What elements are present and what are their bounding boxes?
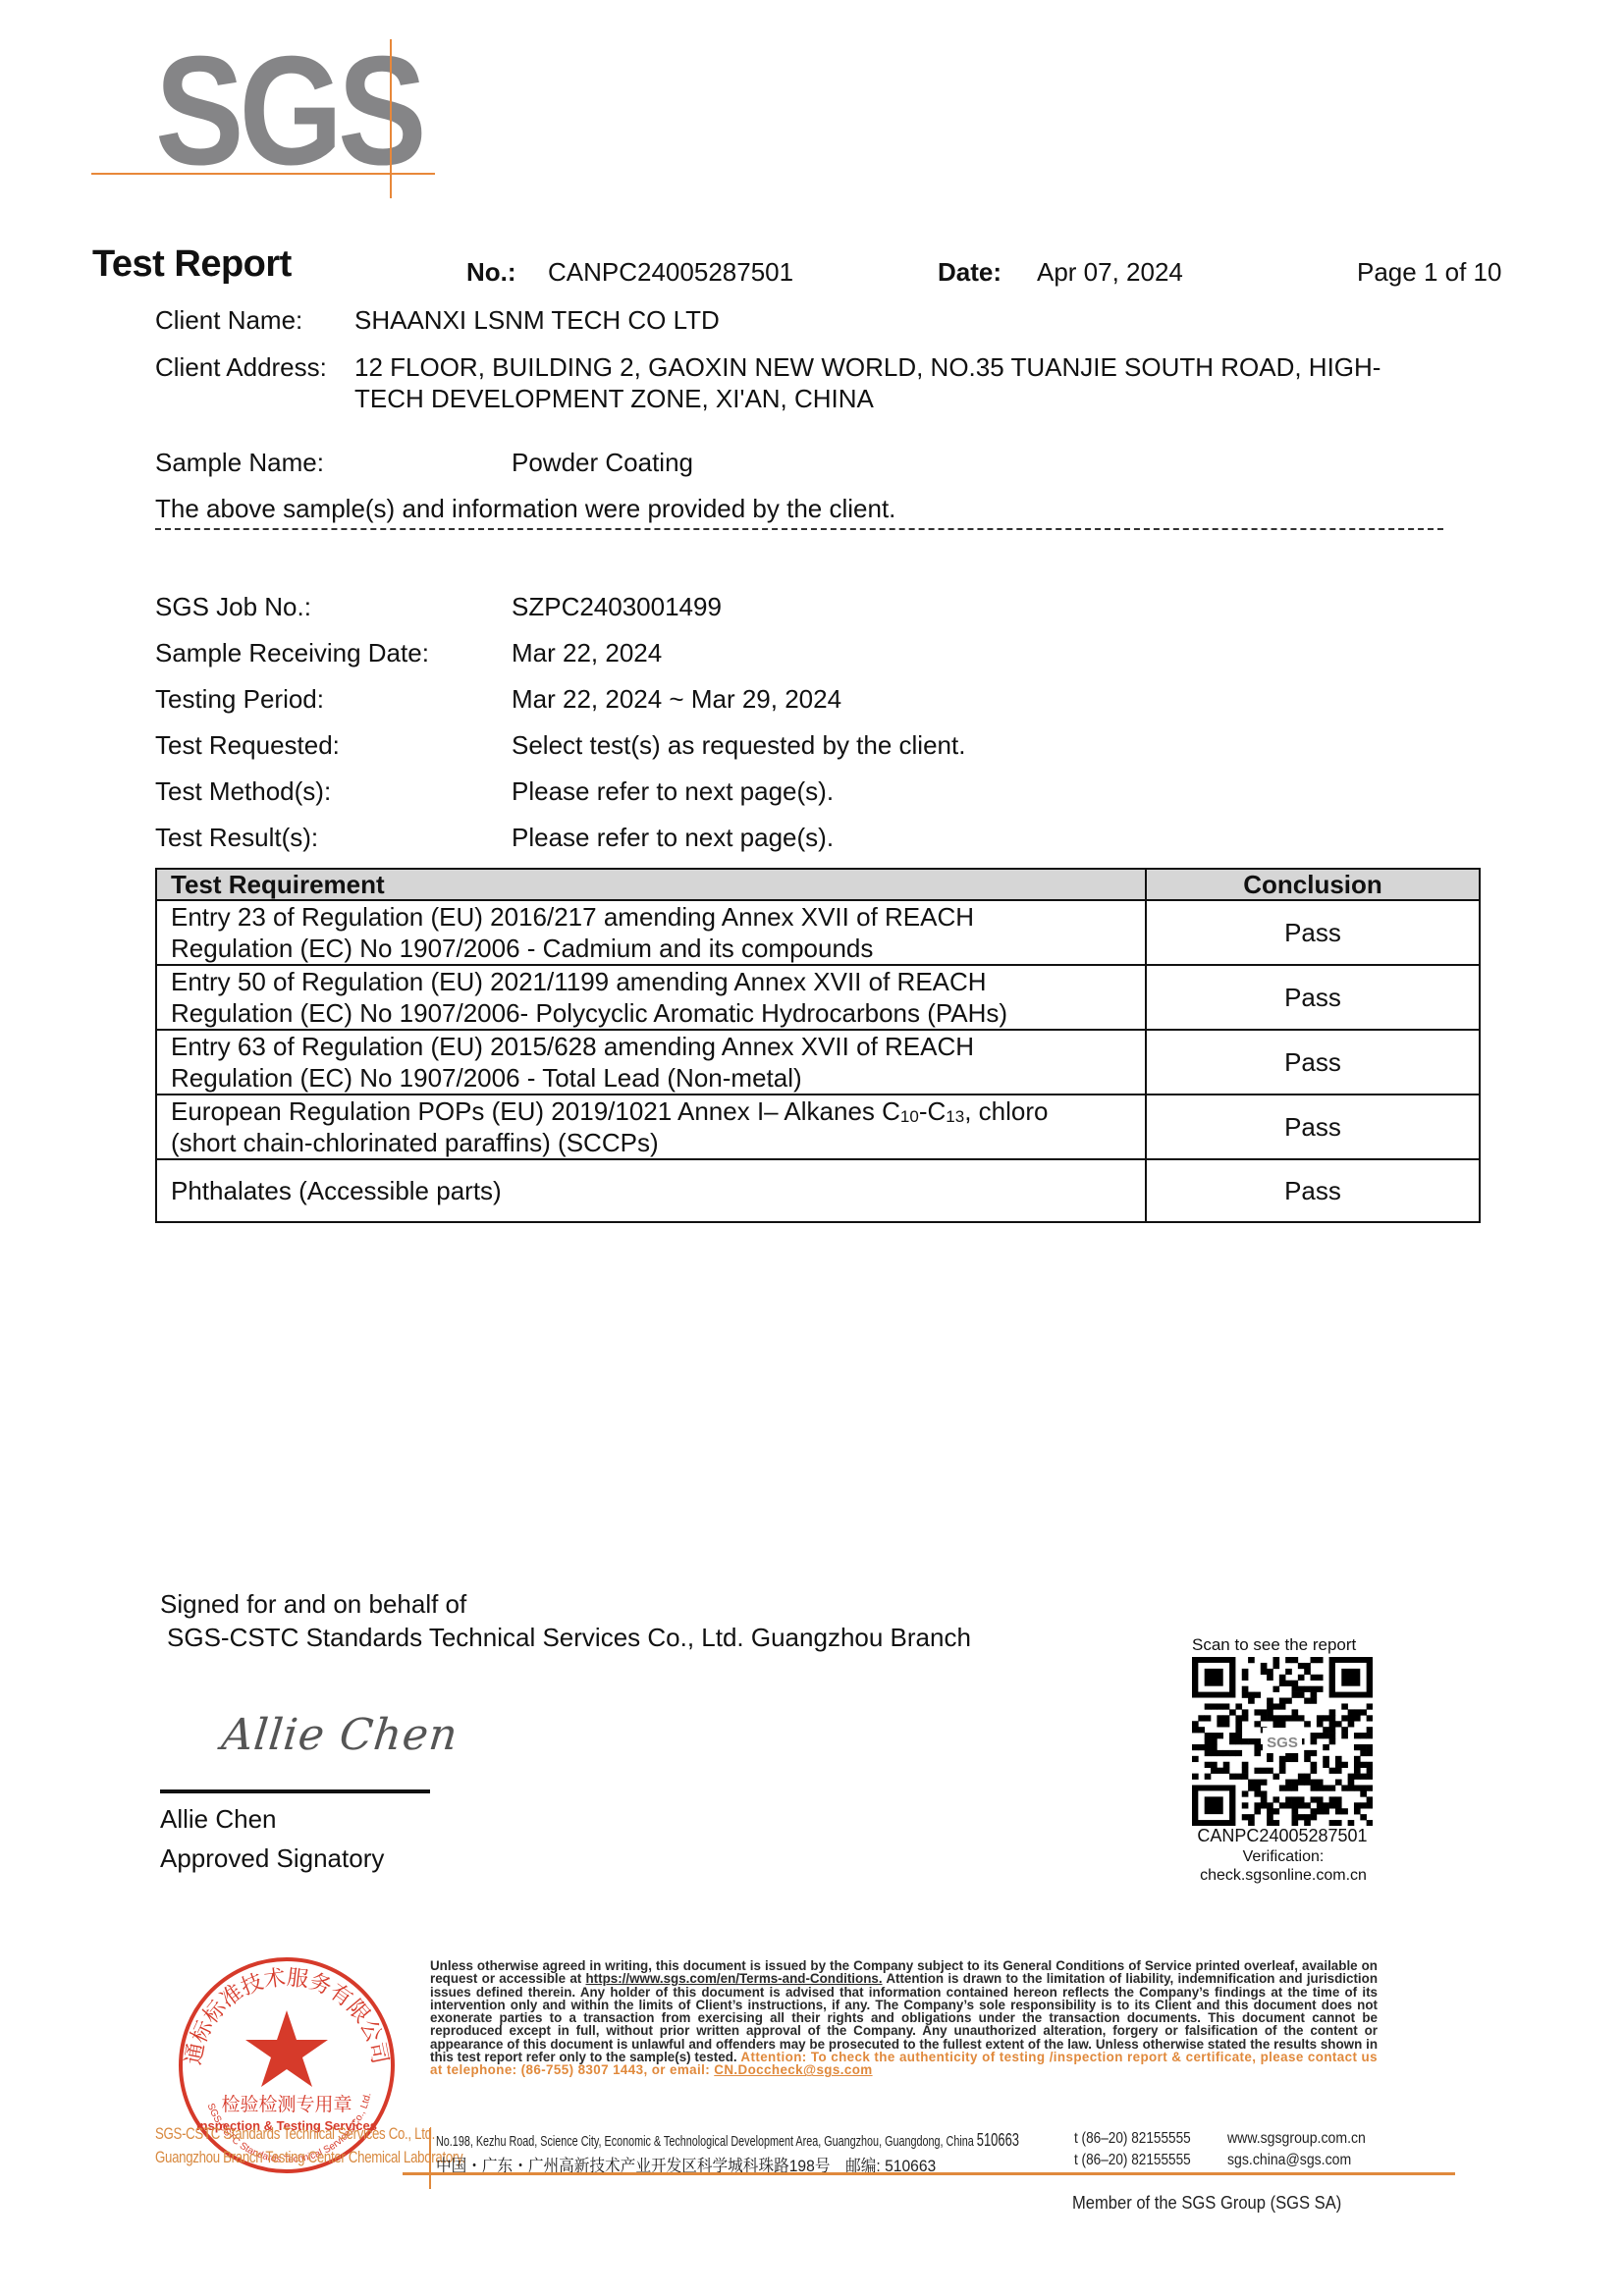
requirement-line: Regulation (EC) No 1907/2006 - Total Lea… bbox=[171, 1062, 1131, 1094]
client-name-label: Client Name: bbox=[155, 304, 302, 336]
test-results-label: Test Result(s): bbox=[155, 822, 318, 853]
requirement-text: -C bbox=[919, 1096, 946, 1126]
logo-vertical-rule bbox=[390, 39, 392, 198]
job-no-label: SGS Job No.: bbox=[155, 591, 311, 622]
results-table: Test Requirement Conclusion Entry 23 of … bbox=[155, 868, 1481, 1223]
signature-line bbox=[160, 1789, 430, 1793]
signed-behalf-line1: Signed for and on behalf of bbox=[160, 1588, 466, 1620]
footer-website-link[interactable]: www.sgsgroup.com.cn bbox=[1227, 2130, 1366, 2148]
report-number: CANPC24005287501 bbox=[548, 257, 793, 288]
qr-code-icon[interactable]: SGS bbox=[1192, 1657, 1373, 1826]
postcode: 510663 bbox=[977, 2130, 1019, 2150]
test-methods: Please refer to next page(s). bbox=[512, 775, 834, 807]
requirement-line: Entry 23 of Regulation (EU) 2016/217 ame… bbox=[171, 901, 1131, 933]
requirement-line: Entry 63 of Regulation (EU) 2015/628 ame… bbox=[171, 1031, 1131, 1062]
qr-verification: Verification: check.sgsonline.com.cn bbox=[1178, 1847, 1388, 1885]
svg-text:SGS: SGS bbox=[1267, 1735, 1298, 1751]
client-address-label: Client Address: bbox=[155, 351, 327, 383]
dashed-divider bbox=[155, 528, 1443, 530]
address-text: No.198, Kezhu Road, Science City, Econom… bbox=[436, 2133, 974, 2150]
conclusion-cell: Pass bbox=[1146, 1030, 1480, 1095]
report-date-label: Date: bbox=[938, 257, 1001, 288]
footer-phone-1: t (86–20) 82155555 bbox=[1074, 2130, 1191, 2148]
sample-name: Powder Coating bbox=[512, 447, 693, 478]
job-no: SZPC2403001499 bbox=[512, 591, 722, 622]
footer-horizontal-rule bbox=[403, 2172, 1455, 2175]
table-header-row: Test Requirement Conclusion bbox=[156, 869, 1480, 900]
footer-vertical-rule bbox=[429, 2128, 431, 2189]
table-row: Entry 63 of Regulation (EU) 2015/628 ame… bbox=[156, 1030, 1480, 1095]
requirement-cell: Entry 23 of Regulation (EU) 2016/217 ame… bbox=[156, 900, 1146, 965]
footer-address-en: No.198, Kezhu Road, Science City, Econom… bbox=[436, 2130, 1019, 2151]
table-row: Entry 50 of Regulation (EU) 2021/1199 am… bbox=[156, 965, 1480, 1030]
requirement-line: Regulation (EC) No 1907/2006 - Cadmium a… bbox=[171, 933, 1131, 964]
signatory-name: Allie Chen bbox=[160, 1803, 277, 1835]
table-row: Phthalates (Accessible parts) Pass bbox=[156, 1159, 1480, 1222]
requirement-line: (short chain-chlorinated paraffins) (SCC… bbox=[171, 1127, 1131, 1158]
stamp-caption-line2: Guangzhou Branch Testing Center Chemical… bbox=[155, 2148, 465, 2167]
requirement-line: Regulation (EC) No 1907/2006- Polycyclic… bbox=[171, 997, 1131, 1029]
footer-email-link[interactable]: sgs.china@sgs.com bbox=[1227, 2152, 1351, 2169]
receiving-date: Mar 22, 2024 bbox=[512, 637, 662, 668]
logo-horizontal-rule bbox=[91, 173, 435, 175]
requirement-text: European Regulation POPs (EU) 2019/1021 … bbox=[171, 1096, 900, 1126]
requirement-cell: Entry 63 of Regulation (EU) 2015/628 ame… bbox=[156, 1030, 1146, 1095]
test-requested-label: Test Requested: bbox=[155, 729, 340, 761]
sgs-group-membership: Member of the SGS Group (SGS SA) bbox=[1072, 2193, 1341, 2214]
conclusion-cell: Pass bbox=[1146, 965, 1480, 1030]
signatory-title: Approved Signatory bbox=[160, 1842, 384, 1874]
qr-report-number: CANPC24005287501 bbox=[1192, 1826, 1373, 1846]
legal-disclaimer: Unless otherwise agreed in writing, this… bbox=[430, 1959, 1378, 2077]
column-header-requirement: Test Requirement bbox=[156, 869, 1146, 900]
testing-period-label: Testing Period: bbox=[155, 683, 324, 715]
conclusion-cell: Pass bbox=[1146, 900, 1480, 965]
client-address-line2: TECH DEVELOPMENT ZONE, XI'AN, CHINA bbox=[354, 383, 874, 414]
sample-note: The above sample(s) and information were… bbox=[155, 493, 895, 524]
column-header-conclusion: Conclusion bbox=[1146, 869, 1480, 900]
table-row: Entry 23 of Regulation (EU) 2016/217 ame… bbox=[156, 900, 1480, 965]
svg-text:检验检测专用章: 检验检测专用章 bbox=[221, 2094, 352, 2115]
conclusion-cell: Pass bbox=[1146, 1095, 1480, 1159]
table-row: European Regulation POPs (EU) 2019/1021 … bbox=[156, 1095, 1480, 1159]
sample-name-label: Sample Name: bbox=[155, 447, 324, 478]
conclusion-cell: Pass bbox=[1146, 1159, 1480, 1222]
requirement-line: European Regulation POPs (EU) 2019/1021 … bbox=[171, 1095, 1131, 1127]
requirement-text: , chloro bbox=[964, 1096, 1048, 1126]
test-results: Please refer to next page(s). bbox=[512, 822, 834, 853]
subscript: 10 bbox=[900, 1107, 919, 1126]
subscript: 13 bbox=[946, 1107, 964, 1126]
testing-period: Mar 22, 2024 ~ Mar 29, 2024 bbox=[512, 683, 841, 715]
doccheck-email-link[interactable]: CN.Doccheck@sgs.com bbox=[714, 2062, 872, 2077]
client-address-line1: 12 FLOOR, BUILDING 2, GAOXIN NEW WORLD, … bbox=[354, 351, 1380, 383]
verification-label: Verification: bbox=[1178, 1847, 1388, 1866]
requirement-cell: Phthalates (Accessible parts) bbox=[156, 1159, 1146, 1222]
test-requested: Select test(s) as requested by the clien… bbox=[512, 729, 965, 761]
receiving-date-label: Sample Receiving Date: bbox=[155, 637, 429, 668]
report-title: Test Report bbox=[92, 243, 292, 286]
requirement-cell: Entry 50 of Regulation (EU) 2021/1199 am… bbox=[156, 965, 1146, 1030]
client-name: SHAANXI LSNM TECH CO LTD bbox=[354, 304, 720, 336]
report-number-label: No.: bbox=[466, 257, 516, 288]
stamp-caption-line1: SGS-CSTC Standards Technical Services Co… bbox=[155, 2124, 435, 2144]
signed-behalf-line2: SGS-CSTC Standards Technical Services Co… bbox=[167, 1622, 971, 1653]
verification-link[interactable]: check.sgsonline.com.cn bbox=[1178, 1866, 1388, 1885]
page-indicator: Page 1 of 10 bbox=[1357, 257, 1501, 288]
sgs-logo: SGS bbox=[155, 33, 421, 188]
requirement-line: Entry 50 of Regulation (EU) 2021/1199 am… bbox=[171, 966, 1131, 997]
qr-caption: Scan to see the report bbox=[1192, 1635, 1356, 1655]
report-date: Apr 07, 2024 bbox=[1037, 257, 1183, 288]
handwritten-signature: Allie Chen bbox=[219, 1710, 460, 1760]
requirement-cell: European Regulation POPs (EU) 2019/1021 … bbox=[156, 1095, 1146, 1159]
test-methods-label: Test Method(s): bbox=[155, 775, 331, 807]
footer-phone-2: t (86–20) 82155555 bbox=[1074, 2152, 1191, 2169]
